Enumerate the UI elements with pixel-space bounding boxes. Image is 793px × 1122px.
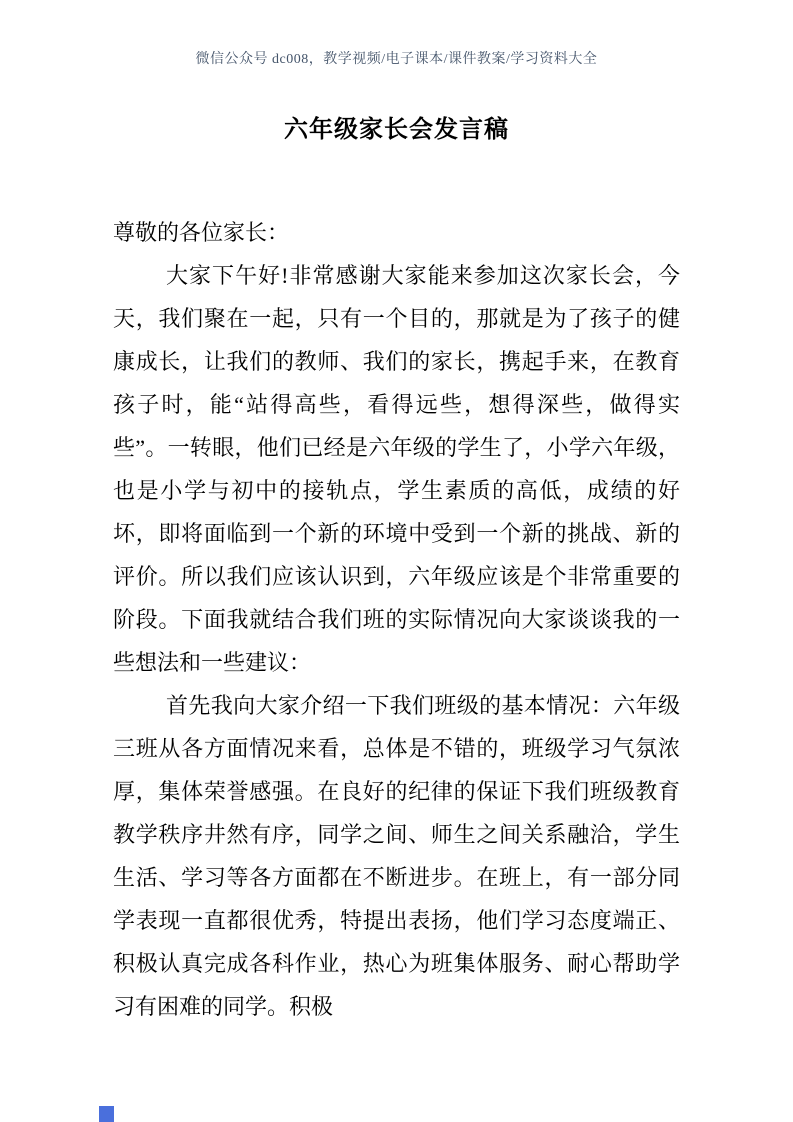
paragraph-greeting: 尊敬的各位家长：: [113, 211, 680, 254]
header-note: 微信公众号 dc008，教学视频/电子课本/课件教案/学习资料大全: [0, 50, 793, 69]
document-body: 尊敬的各位家长： 大家下午好!非常感谢大家能来参加这次家长会，今天，我们聚在一起…: [113, 211, 680, 1028]
paragraph-opening: 大家下午好!非常感谢大家能来参加这次家长会，今天，我们聚在一起，只有一个目的，那…: [113, 254, 680, 684]
document-page: 微信公众号 dc008，教学视频/电子课本/课件教案/学习资料大全 六年级家长会…: [0, 0, 793, 1122]
page-corner-mark: [99, 1106, 114, 1122]
document-title: 六年级家长会发言稿: [0, 116, 793, 144]
paragraph-class-overview: 首先我向大家介绍一下我们班级的基本情况：六年级三班从各方面情况来看，总体是不错的…: [113, 684, 680, 1028]
